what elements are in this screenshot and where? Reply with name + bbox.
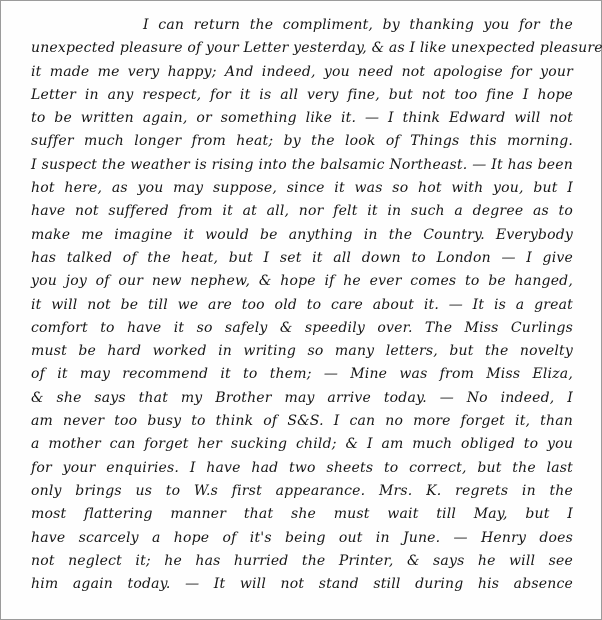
letter-line: a mother can forget her sucking child; &… bbox=[31, 433, 573, 456]
letter-line: to be written again, or something like i… bbox=[31, 107, 573, 130]
letter-line: only brings us to W.s first appearance. … bbox=[31, 480, 573, 503]
letter-line: am never too busy to think of S&S. I can… bbox=[31, 410, 573, 433]
letter-line: for your enquiries. I have had two sheet… bbox=[31, 457, 573, 480]
letter-line: suffer much longer from heat; by the loo… bbox=[31, 130, 573, 153]
letter-line: I can return the compliment, by thanking… bbox=[31, 14, 573, 37]
letter-line: it made me very happy; And indeed, you n… bbox=[31, 61, 573, 84]
letter-line: I suspect the weather is rising into the… bbox=[31, 154, 573, 177]
letter-line: him again today. — It will not stand sti… bbox=[31, 573, 573, 596]
letter-line: most flattering manner that she must wai… bbox=[31, 503, 573, 526]
letter-line: has talked of the heat, but I set it all… bbox=[31, 247, 573, 270]
letter-line: make me imagine it would be anything in … bbox=[31, 224, 573, 247]
letter-body: I can return the compliment, by thanking… bbox=[31, 14, 573, 596]
letter-line: hot here, as you may suppose, since it w… bbox=[31, 177, 573, 200]
letter-line: & she says that my Brother may arrive to… bbox=[31, 387, 573, 410]
letter-line: Letter in any respect, for it is all ver… bbox=[31, 84, 573, 107]
letter-line: it will not be till we are too old to ca… bbox=[31, 294, 573, 317]
letter-line: must be hard worked in writing so many l… bbox=[31, 340, 573, 363]
letter-line: unexpected pleasure of your Letter yeste… bbox=[31, 37, 573, 60]
letter-line: comfort to have it so safely & speedily … bbox=[31, 317, 573, 340]
letter-line: have scarcely a hope of it's being out i… bbox=[31, 527, 573, 550]
letter-scan-page: I can return the compliment, by thanking… bbox=[0, 0, 602, 620]
letter-line: you joy of our new nephew, & hope if he … bbox=[31, 270, 573, 293]
letter-line: not neglect it; he has hurried the Print… bbox=[31, 550, 573, 573]
letter-line: have not suffered from it at all, nor fe… bbox=[31, 200, 573, 223]
letter-line: of it may recommend it to them; — Mine w… bbox=[31, 363, 573, 386]
